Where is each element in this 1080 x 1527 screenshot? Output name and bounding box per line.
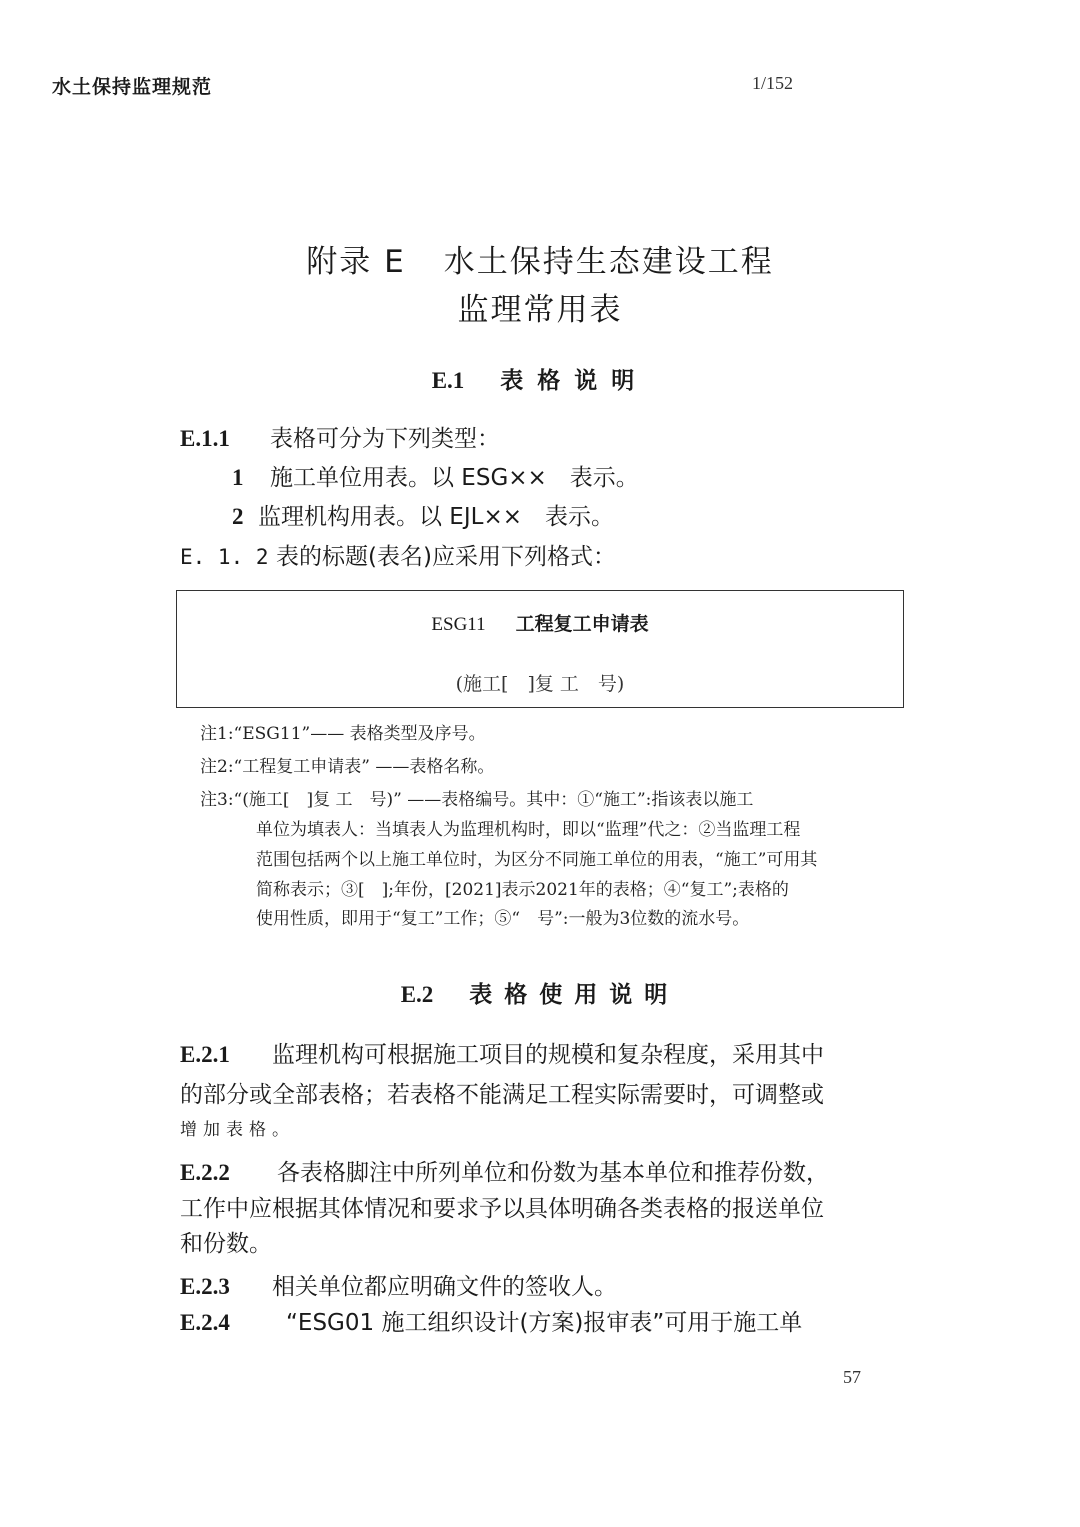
- section-heading-e2: E.2表格使用说明: [0, 976, 1080, 1009]
- clause-e2-2-line-3: 和份数。: [180, 1225, 272, 1258]
- note-3-line-5: 使用性质，即用于“复工”工作；⑤“ 号”:一般为3位数的流水号。: [256, 904, 749, 929]
- clause-e2-1: E.2.1监理机构可根据施工项目的规模和复杂程度，采用其中: [180, 1036, 824, 1069]
- clause-e2-2: E.2.2各表格脚注中所列单位和份数为基本单位和推荐份数，: [180, 1154, 829, 1187]
- sample-form-title: ESG11工程复工申请表: [176, 609, 904, 636]
- clause-e2-1-line-3: 增加表格。: [180, 1115, 295, 1140]
- note-label: 注1:: [200, 724, 234, 744]
- clause-e2-1-line-2: 的部分或全部表格；若表格不能满足工程实际需要时，可调整或: [180, 1076, 824, 1109]
- list-text: 施工单位用表。以 ESG×× 表示。: [270, 465, 639, 491]
- appendix-title-line2: 监理常用表: [0, 284, 1080, 329]
- section-number: E.1: [432, 368, 465, 393]
- note-3-line-3: 范围包括两个以上施工单位时，为区分不同施工单位的用表，“施工”可用其: [256, 845, 817, 870]
- note-text: “工程复工申请表” ——表格名称。: [234, 757, 495, 777]
- section-number: E.2: [401, 982, 434, 1007]
- appendix-title: 附录 E水土保持生态建设工程: [0, 236, 1080, 281]
- form-name: 工程复工申请表: [516, 613, 649, 635]
- clause-number: E.1.1: [180, 426, 270, 452]
- note-1: 注1:“ESG11”—— 表格类型及序号。: [200, 719, 486, 744]
- appendix-title-line1: 水土保持生态建设工程: [444, 244, 774, 280]
- clause-text: 表格可分为下列类型：: [270, 426, 500, 452]
- clause-number: E.2.3: [180, 1274, 272, 1300]
- note-text: “(施工[ ]复 工 号)” ——表格编号。其中：①“施工”:指该表以施工: [234, 790, 754, 810]
- clause-e2-2-line-2: 工作中应根据其体情况和要求予以具体明确各类表格的报送单位: [180, 1190, 824, 1223]
- clause-e1-1: E.1.1表格可分为下列类型：: [180, 420, 500, 453]
- page-number: 57: [843, 1367, 861, 1388]
- clause-text: 表的标题(表名)应采用下列格式：: [276, 544, 616, 570]
- clause-number: E.2.4: [180, 1310, 286, 1336]
- clause-number: E. 1. 2: [180, 545, 276, 569]
- section-title: 表格说明: [500, 368, 648, 394]
- appendix-label: 附录 E: [306, 244, 405, 280]
- list-number: 2: [232, 504, 258, 530]
- clause-text: 相关单位都应明确文件的签收人。: [272, 1274, 617, 1300]
- form-code: ESG11: [431, 614, 485, 635]
- list-text: 监理机构用表。以 EJL×× 表示。: [258, 504, 614, 530]
- list-item-1: 1施工单位用表。以 ESG×× 表示。: [232, 459, 639, 492]
- clause-text: 各表格脚注中所列单位和份数为基本单位和推荐份数，: [277, 1160, 829, 1186]
- section-title: 表格使用说明: [469, 982, 679, 1008]
- clause-number: E.2.2: [180, 1160, 277, 1186]
- clause-e2-3: E.2.3相关单位都应明确文件的签收人。: [180, 1268, 617, 1301]
- form-number-format: (施工[ ]复 工 号): [176, 669, 904, 696]
- section-heading-e1: E.1表格说明: [0, 362, 1080, 395]
- clause-text: “ESG01 施工组织设计(方案)报审表”可用于施工单: [286, 1310, 802, 1336]
- document-title: 水土保持监理规范: [52, 72, 212, 99]
- note-label: 注2:: [200, 757, 234, 777]
- list-item-2: 2监理机构用表。以 EJL×× 表示。: [232, 498, 614, 531]
- clause-e2-4: E.2.4“ESG01 施工组织设计(方案)报审表”可用于施工单: [180, 1304, 802, 1337]
- page-indicator: 1/152: [752, 73, 793, 94]
- list-number: 1: [232, 465, 270, 491]
- note-3-line-4: 简称表示；③[ ];年份，[2021]表示2021年的表格；④“复工”;表格的: [256, 875, 789, 900]
- clause-number: E.2.1: [180, 1042, 272, 1068]
- note-2: 注2:“工程复工申请表” ——表格名称。: [200, 752, 494, 777]
- clause-text: 监理机构可根据施工项目的规模和复杂程度，采用其中: [272, 1042, 824, 1068]
- note-3-line-2: 单位为填表人：当填表人为监理机构时，即以“监理”代之：②当监理工程: [256, 815, 800, 840]
- clause-e1-2: E. 1. 2表的标题(表名)应采用下列格式：: [180, 538, 616, 571]
- note-text: “ESG11”—— 表格类型及序号。: [234, 724, 486, 744]
- note-3: 注3:“(施工[ ]复 工 号)” ——表格编号。其中：①“施工”:指该表以施工: [200, 785, 753, 810]
- note-label: 注3:: [200, 790, 234, 810]
